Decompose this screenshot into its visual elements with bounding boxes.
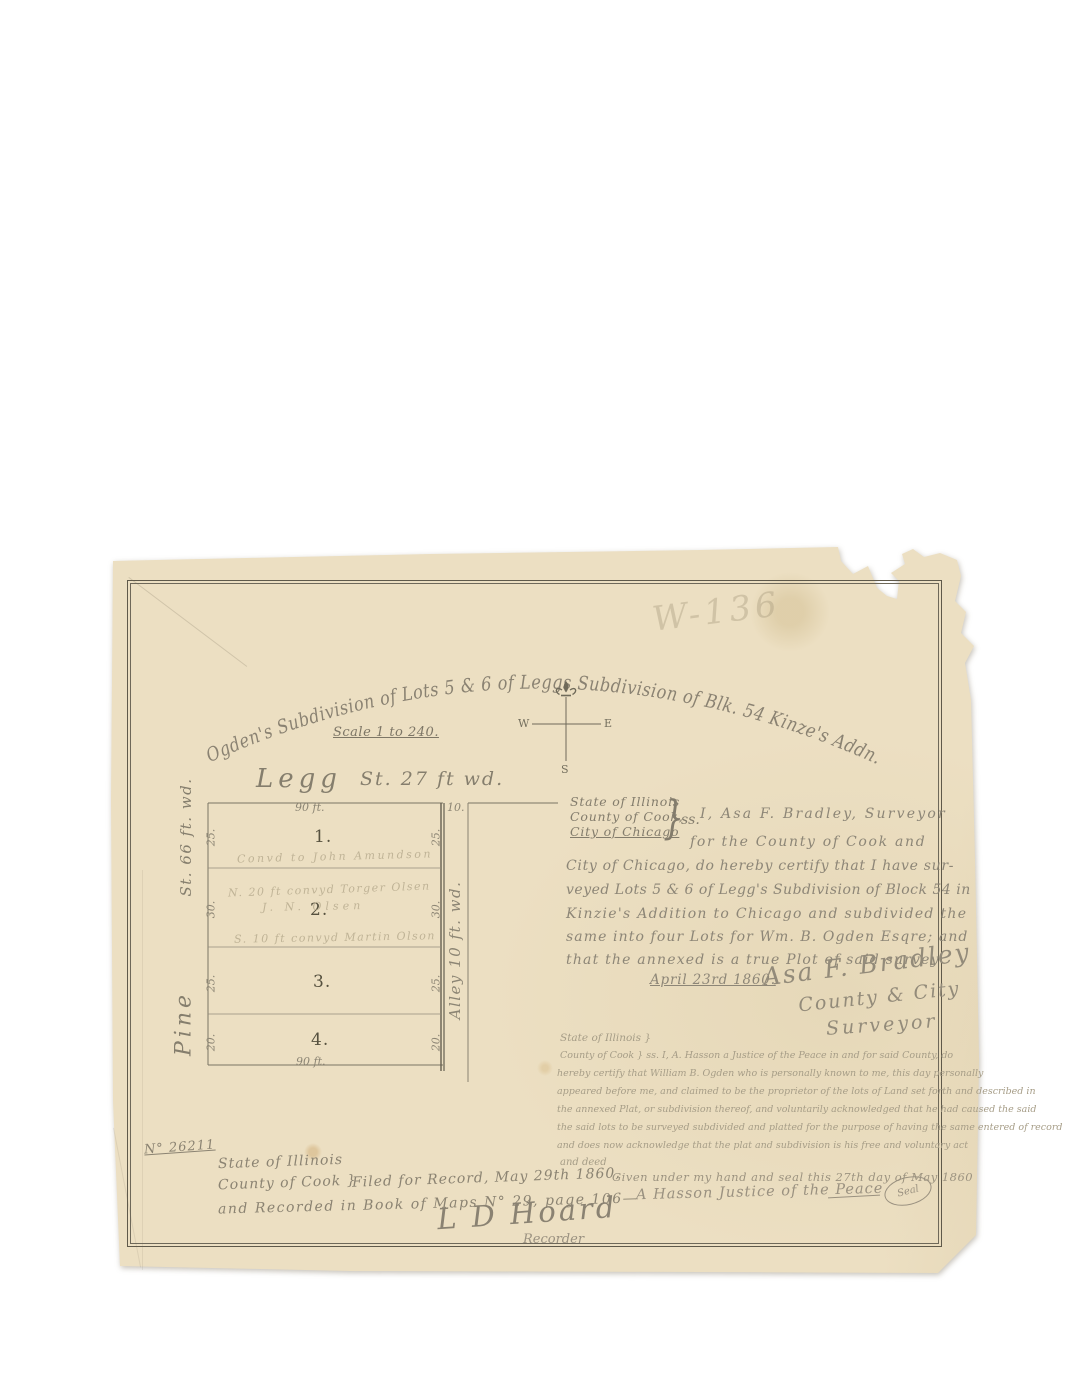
notary-line: and does now acknowledge that the plat a… (557, 1140, 968, 1151)
alley-label: Alley 10 ft. wd. (446, 850, 464, 1050)
lot-2-west-dim: 30. (205, 895, 218, 925)
lot-3-east-dim: 25. (430, 969, 443, 999)
lot-2-pencil-note-2: J. N. Olsen (262, 899, 364, 914)
ss-abbrev: ss. (681, 812, 700, 828)
lot-3-number: 3. (313, 972, 331, 992)
notary-line: State of Illinois } (560, 1032, 651, 1044)
notary-line: the said lots to be surveyed subdivided … (557, 1122, 1062, 1133)
scale-label: Scale 1 to 240. (333, 725, 439, 740)
notary-line: hereby certify that William B. Ogden who… (557, 1068, 983, 1079)
lot-4-east-dim: 20. (430, 1028, 443, 1058)
pine-street-width: St. 66 ft. wd. (177, 752, 195, 922)
map-title-arc: Ogden's Subdivision of Lots 5 & 6 of Leg… (203, 671, 885, 769)
scanned-plat-document: W-136 Ogden's Subdivision of Lots 5 & 6 … (0, 0, 1071, 1386)
compass-south-label: S (561, 763, 569, 776)
cert-body-line: City of Chicago, do hereby certify that … (566, 858, 954, 874)
notary-line: the annexed Plat, or subdivision thereof… (557, 1104, 1036, 1115)
legg-street-name: Legg (256, 764, 342, 794)
pine-street-name: Pine (172, 964, 197, 1084)
lot-1-west-dim: 25. (205, 823, 218, 853)
recorder-title: Recorder (523, 1232, 584, 1247)
cert-body-line: for the County of Cook and (690, 834, 926, 850)
lot-4-number: 4. (311, 1030, 329, 1050)
seal-text: Seal (896, 1183, 920, 1199)
legg-street-width: St. 27 ft wd. (360, 768, 504, 790)
notary-line: appeared before me, and claimed to be th… (557, 1086, 1036, 1097)
compass-west-label: W (518, 717, 529, 730)
notary-line: County of Cook } ss. I, A. Hasson a Just… (560, 1050, 953, 1061)
compass-east-label: E (604, 717, 612, 730)
lot-1-number: 1. (314, 827, 332, 847)
bottom-frontage-dim: 90 ft. (296, 1055, 325, 1068)
cert-body-line: Kinzie's Addition to Chicago and subdivi… (566, 906, 967, 922)
lot-4-west-dim: 20. (205, 1028, 218, 1058)
cert-body-line: veyed Lots 5 & 6 of Legg's Subdivision o… (566, 882, 971, 898)
lot-2-east-dim: 30. (430, 895, 443, 925)
lot-3-west-dim: 25. (205, 969, 218, 999)
cert-body-line: same into four Lots for Wm. B. Ogden Esq… (566, 929, 969, 945)
top-frontage-dim: 90 ft. (295, 801, 324, 814)
alley-top-width-dim: 10. (447, 801, 465, 814)
cert-body-line: I, Asa F. Bradley, Surveyor (700, 806, 947, 822)
survey-date: April 23rd 1860. (650, 972, 776, 988)
